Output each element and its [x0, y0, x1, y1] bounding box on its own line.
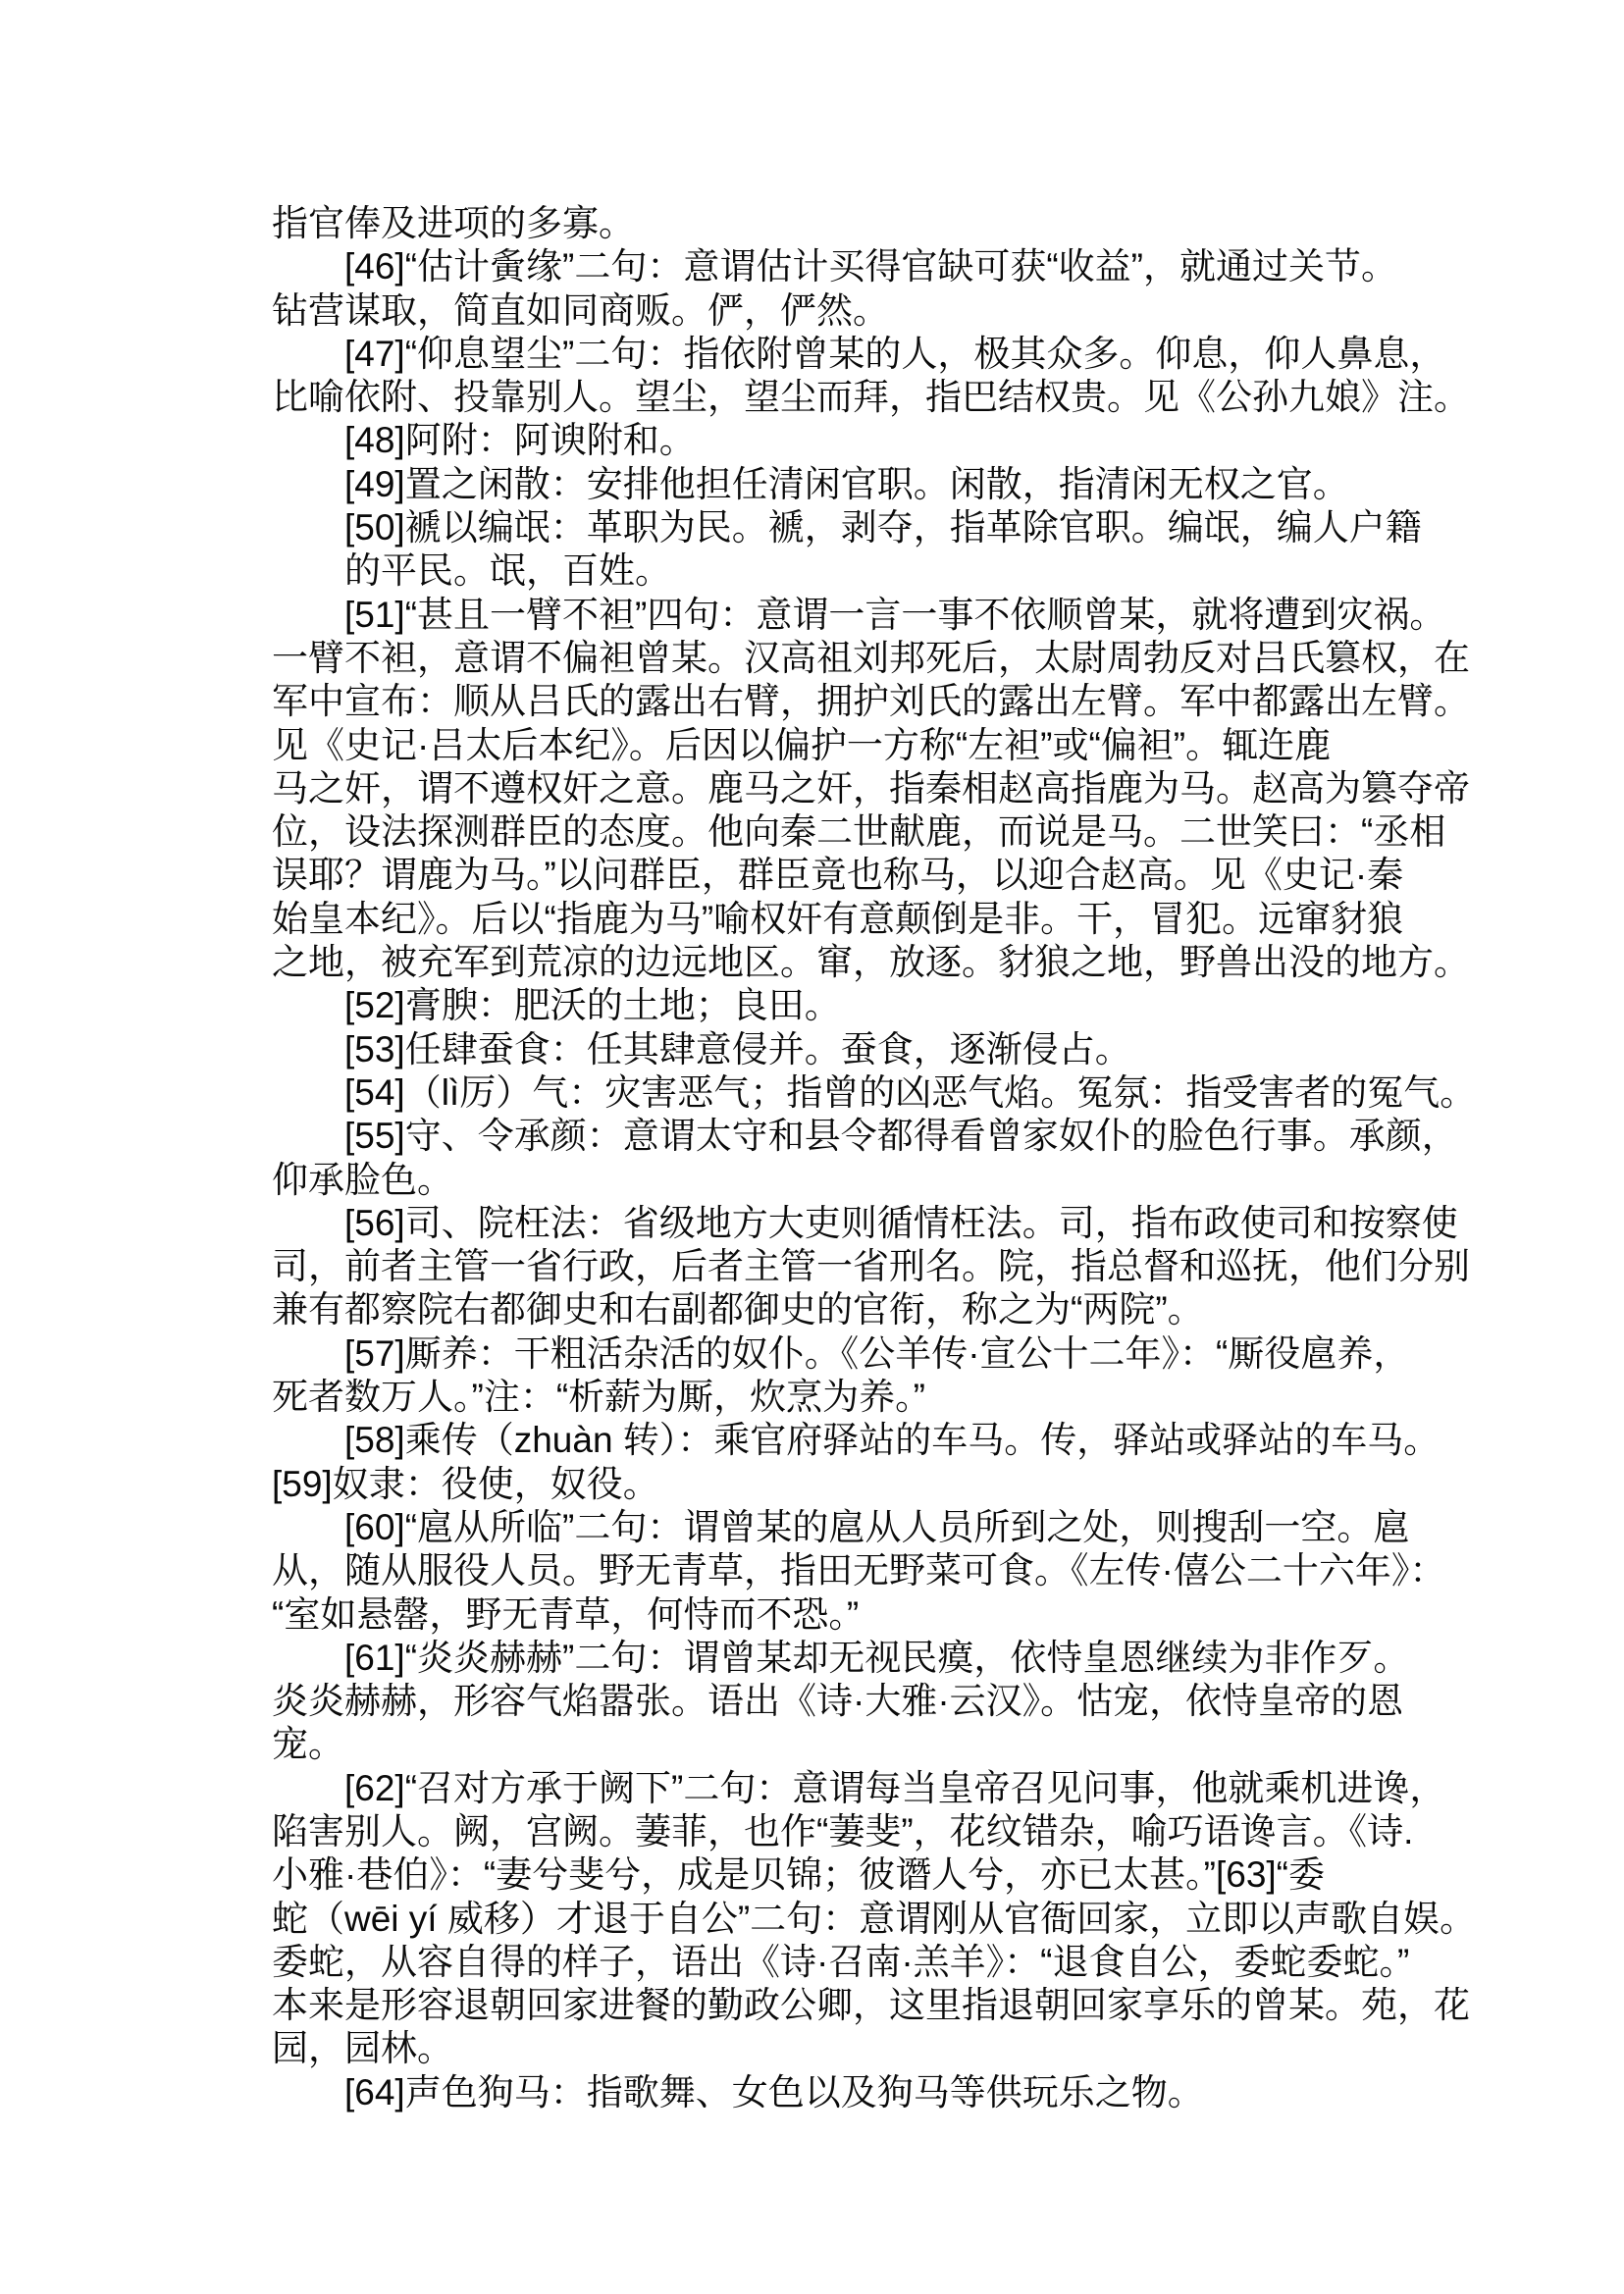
- text-line: 钻营谋取，简直如同商贩。俨，俨然。: [272, 289, 1479, 333]
- text-line: 炎炎赫赫，形容气焰嚣张。语出《诗·大雅·云汉》。怙宠，依恃皇帝的恩: [272, 1680, 1479, 1723]
- text-line: 马之奸，谓不遵权奸之意。鹿马之奸，指秦相赵高指鹿为马。赵高为篡夺帝: [272, 767, 1479, 810]
- text-line: 始皇本纪》。后以“指鹿为马”喻权奸有意颠倒是非。干，冒犯。远窜豺狼: [272, 898, 1479, 941]
- text-line: 指官俸及进项的多寡。: [272, 202, 1479, 245]
- text-line: 误耶？谓鹿为马。”以问群臣，群臣竟也称马，以迎合赵高。见《史记·秦: [272, 854, 1479, 897]
- text-line: [58]乘传（zhuàn 转）：乘官府驿站的车马。传，驿站或驿站的车马。: [272, 1419, 1479, 1462]
- text-line: 比喻依附、投靠别人。望尘，望尘而拜，指巴结权贵。见《公孙九娘》注。: [272, 376, 1479, 419]
- text-line: 委蛇，从容自得的样子，语出《诗·召南·羔羊》：“退食自公，委蛇委蛇。”: [272, 1941, 1479, 1984]
- text-line: [48]阿附：阿谀附和。: [272, 419, 1479, 462]
- text-line: 宠。: [272, 1723, 1479, 1766]
- text-line: [59]奴隶：役使，奴役。: [272, 1463, 1479, 1506]
- text-line: [56]司、院枉法：省级地方大吏则循情枉法。司，指布政使司和按察使: [272, 1202, 1479, 1245]
- text-line: 从，随从服役人员。野无青草，指田无野菜可食。《左传·僖公二十六年》：: [272, 1549, 1479, 1592]
- text-line: [49]置之闲散：安排他担任清闲官职。闲散，指清闲无权之官。: [272, 463, 1479, 506]
- text-line: [54]（lì厉）气：灾害恶气；指曾的凶恶气焰。冤氛：指受害者的冤气。: [272, 1071, 1479, 1115]
- text-line: 军中宣布：顺从吕氏的露出右臂，拥护刘氏的露出左臂。军中都露出左臂。: [272, 680, 1479, 723]
- document-page: 指官俸及进项的多寡。[46]“估计夤缘”二句：意谓估计买得官缺可获“收益”，就通…: [0, 0, 1624, 2294]
- annotation-text-block: 指官俸及进项的多寡。[46]“估计夤缘”二句：意谓估计买得官缺可获“收益”，就通…: [272, 202, 1479, 2114]
- text-line: 蛇（wēi yí 威移）才退于自公”二句：意谓刚从官衙回家，立即以声歌自娱。: [272, 1898, 1479, 1941]
- text-line: [47]“仰息望尘”二句：指依附曾某的人，极其众多。仰息，仰人鼻息，: [272, 333, 1479, 376]
- text-line: 小雅·巷伯》：“妻兮斐兮，成是贝锦；彼谮人兮，亦已太甚。”[63]“委: [272, 1853, 1479, 1897]
- text-line: 本来是形容退朝回家进餐的勤政公卿，这里指退朝回家享乐的曾某。苑，花: [272, 1984, 1479, 2027]
- text-line: 之地，被充军到荒凉的边远地区。窜，放逐。豺狼之地，野兽出没的地方。: [272, 941, 1479, 984]
- text-line: [46]“估计夤缘”二句：意谓估计买得官缺可获“收益”，就通过关节。: [272, 245, 1479, 288]
- text-line: [60]“扈从所临”二句：谓曾某的扈从人员所到之处，则搜刮一空。扈: [272, 1506, 1479, 1549]
- text-line: [64]声色狗马：指歌舞、女色以及狗马等供玩乐之物。: [272, 2071, 1479, 2114]
- text-line: [62]“召对方承于阙下”二句：意谓每当皇帝召见问事，他就乘机进谗，: [272, 1767, 1479, 1810]
- text-line: “室如悬罄，野无青草，何恃而不恐。”: [272, 1593, 1479, 1637]
- text-line: 园，园林。: [272, 2027, 1479, 2070]
- text-line: [57]厮养：干粗活杂活的奴仆。《公羊传·宣公十二年》：“厮役扈养，: [272, 1332, 1479, 1376]
- text-line: 仰承脸色。: [272, 1159, 1479, 1202]
- text-line: 位，设法探测群臣的态度。他向秦二世献鹿，而说是马。二世笑曰：“丞相: [272, 810, 1479, 854]
- text-line: 的平民。氓，百姓。: [272, 549, 1479, 593]
- text-line: 见《史记·吕太后本纪》。后因以偏护一方称“左袒”或“偏袒”。辄迕鹿: [272, 724, 1479, 767]
- text-line: [55]守、令承颜：意谓太守和县令都得看曾家奴仆的脸色行事。承颜，: [272, 1115, 1479, 1158]
- text-line: [50]褫以编氓：革职为民。褫，剥夺，指革除官职。编氓，编人户籍: [272, 506, 1479, 549]
- text-line: 司，前者主管一省行政，后者主管一省刑名。院，指总督和巡抚，他们分别: [272, 1245, 1479, 1288]
- text-line: [52]膏腴：肥沃的土地；良田。: [272, 984, 1479, 1027]
- text-line: 一臂不袒，意谓不偏袒曾某。汉高祖刘邦死后，太尉周勃反对吕氏篡权，在: [272, 637, 1479, 680]
- text-line: [51]“甚且一臂不袒”四句：意谓一言一事不依顺曾某，就将遭到灾祸。: [272, 594, 1479, 637]
- text-line: 陷害别人。阙，宫阙。萋菲，也作“萋斐”，花纹错杂，喻巧语谗言。《诗.: [272, 1810, 1479, 1853]
- text-line: 死者数万人。”注：“析薪为厮，炊烹为养。”: [272, 1376, 1479, 1419]
- text-line: 兼有都察院右都御史和右副都御史的官衔，称之为“两院”。: [272, 1288, 1479, 1331]
- text-line: [53]任肆蚕食：任其肆意侵并。蚕食，逐渐侵占。: [272, 1028, 1479, 1071]
- text-line: [61]“炎炎赫赫”二句：谓曾某却无视民瘼，依恃皇恩继续为非作歹。: [272, 1637, 1479, 1680]
